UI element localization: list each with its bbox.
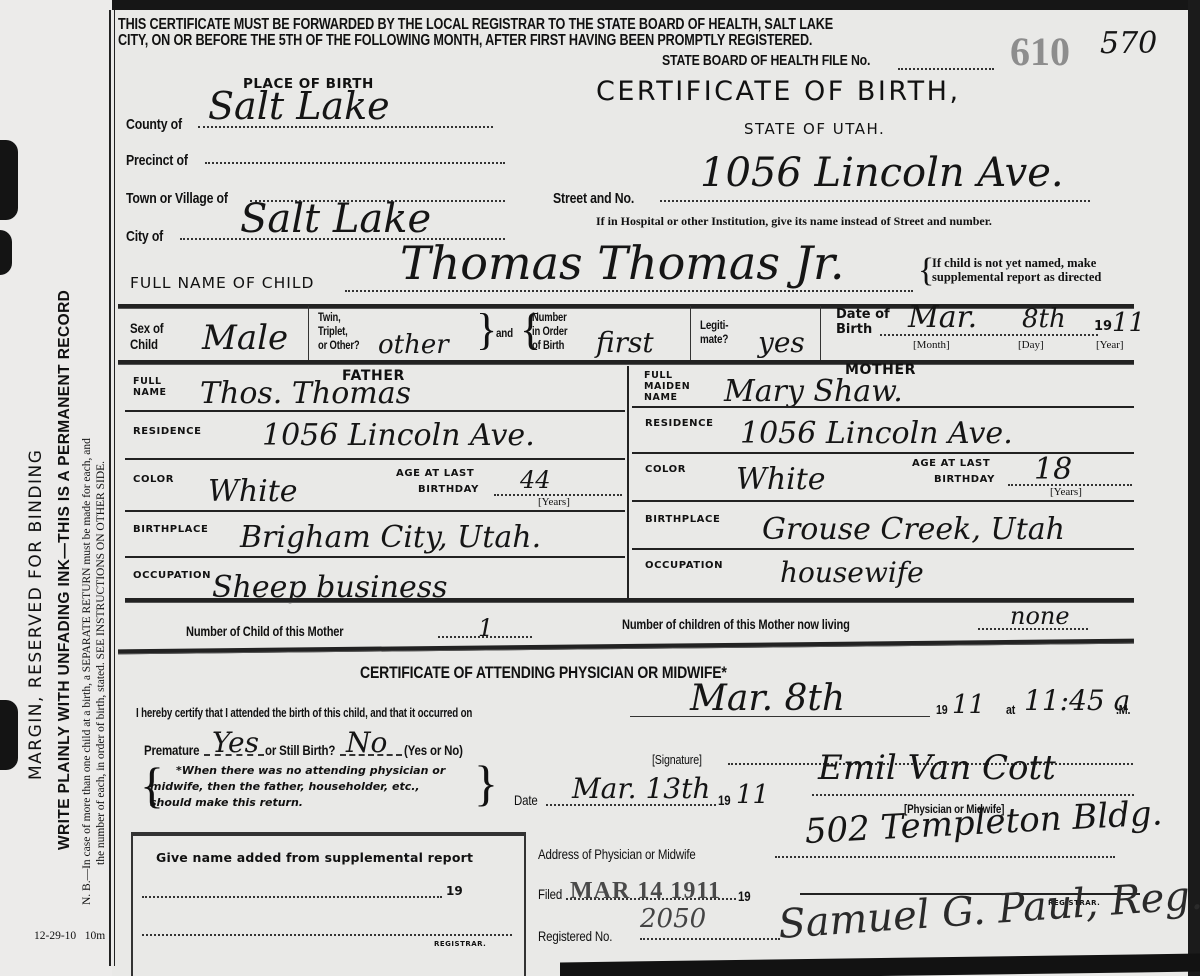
mother-occupation-label: OCCUPATION	[645, 560, 723, 571]
torn-edge	[0, 140, 18, 220]
mother-birthplace-line	[632, 548, 1134, 550]
dob-month-value: Mar.	[908, 300, 977, 335]
city-label: City of	[126, 228, 163, 245]
premature-label: Premature	[144, 742, 199, 758]
father-name-label-line2: NAME	[133, 387, 167, 398]
father-color-value: White	[208, 474, 298, 509]
scan-edge-bottom	[560, 954, 1200, 976]
mother-age-label-line1: AGE AT LAST	[912, 458, 990, 469]
precinct-field-line[interactable]	[205, 162, 505, 164]
date-of-birth-label-line1: Date of	[836, 307, 890, 322]
filed-date-stamp: MAR 14 1911	[570, 878, 721, 905]
file-number-handwritten: 570	[1100, 26, 1157, 61]
binding-margin-label: MARGIN, RESERVED FOR BINDING	[26, 449, 46, 780]
stillbirth-value: No	[346, 726, 387, 759]
filed-year-prefix: 19	[738, 888, 750, 904]
physician-signature: Emil Van Cott	[818, 748, 1056, 788]
registered-number-field-line[interactable]	[640, 938, 780, 940]
precinct-label: Precinct of	[126, 152, 188, 169]
file-number-line	[898, 68, 994, 70]
father-name-value: Thos. Thomas	[200, 376, 411, 411]
sex-label: Sex ofChild	[130, 320, 163, 352]
mother-name-label-line3: NAME	[644, 392, 678, 403]
divider-child-info-top	[118, 304, 1134, 309]
sex-label-line2: Child	[130, 336, 158, 352]
month-caption: [Month]	[913, 339, 950, 351]
time-at-label: at	[1006, 702, 1015, 717]
supplemental-registrar-field-line[interactable]	[142, 934, 512, 936]
child-name-field-line[interactable]	[345, 290, 913, 292]
state-subtitle: STATE OF UTAH.	[744, 120, 885, 138]
occurred-year-prefix: 19	[936, 702, 948, 717]
child-name-note-line2: supplemental report as directed	[932, 270, 1101, 285]
father-birthplace-value: Brigham City, Utah.	[240, 520, 541, 555]
note-brace-right: }	[474, 758, 498, 808]
dob-day-value: 8th	[1022, 304, 1066, 334]
divider-order-legit	[690, 306, 691, 360]
sex-label-line1: Sex of	[130, 320, 163, 336]
town-label: Town or Village of	[126, 190, 228, 207]
birth-order-label-line2: in Order	[532, 326, 567, 338]
legitimate-label-line2: mate?	[700, 332, 728, 346]
mother-occupation-value: housewife	[780, 556, 924, 589]
child-number-label: Number of Child of this Mother	[186, 624, 343, 639]
hospital-note: If in Hospital or other Institution, giv…	[596, 214, 992, 229]
legitimate-label-line1: Legiti-	[700, 318, 728, 332]
child-name-label: FULL NAME OF CHILD	[130, 274, 314, 292]
divider-physician-top	[118, 639, 1134, 655]
father-age-label-line1: AGE AT LAST	[396, 468, 474, 479]
signature-label: [Signature]	[652, 752, 702, 767]
date-of-birth-label: Date ofBirth	[836, 307, 890, 337]
divider-sex-twin	[308, 306, 309, 360]
mother-age-value: 18	[1034, 452, 1072, 487]
twin-label-line1: Twin,	[318, 312, 341, 324]
child-name-note-line1: If child is not yet named, make	[932, 256, 1096, 271]
legitimate-value: yes	[758, 326, 805, 359]
mother-name-label: FULLMAIDENNAME	[644, 370, 690, 403]
attending-note-line3: should make this return.	[150, 796, 303, 809]
mother-color-value: White	[736, 462, 826, 497]
mother-years-caption: [Years]	[1050, 486, 1082, 498]
physician-address-field-line[interactable]	[775, 856, 1115, 858]
birth-order-label-line1: Number	[532, 312, 567, 324]
mother-age-label-line2: BIRTHDAY	[934, 474, 995, 485]
birth-order-label: Numberin Orderof Birth	[532, 311, 567, 353]
mother-color-line	[632, 500, 1134, 502]
certify-statement: I hereby certify that I attended the bir…	[136, 706, 472, 720]
father-years-caption: [Years]	[538, 496, 570, 508]
divider-legit-dob	[820, 306, 821, 360]
physician-name-line	[812, 794, 1134, 796]
street-value: 1056 Lincoln Ave.	[700, 150, 1064, 196]
children-living-label: Number of children of this Mother now li…	[622, 617, 850, 632]
frame-left-line-inner	[114, 10, 115, 966]
dob-year-prefix: 19	[1094, 319, 1112, 334]
father-residence-label: RESIDENCE	[133, 426, 202, 437]
nb-note-line1: N. B.—In case of more than one child at …	[81, 438, 93, 905]
physician-section-heading: CERTIFICATE OF ATTENDING PHYSICIAN OR MI…	[360, 664, 727, 683]
scan-edge-right	[1188, 0, 1200, 976]
supplemental-heading: Give name added from supplemental report	[156, 850, 473, 865]
frame-left-line	[109, 10, 111, 966]
form-code: 12-29-10 10m	[34, 930, 105, 942]
stillbirth-label: or Still Birth?	[265, 742, 335, 758]
child-name-value: Thomas Thomas Jr.	[400, 236, 845, 290]
legitimate-label: Legiti-mate?	[700, 318, 728, 346]
street-field-line[interactable]	[660, 200, 1090, 202]
permanent-ink-notice: WRITE PLAINLY WITH UNFADING INK—THIS IS …	[56, 290, 74, 850]
birth-order-label-line3: of Birth	[532, 340, 564, 352]
father-name-label-line1: FULL	[133, 376, 162, 387]
county-label: County of	[126, 116, 182, 133]
twin-label: Twin,Triplet,or Other?	[318, 311, 359, 353]
father-color-line	[125, 510, 625, 512]
mother-birthplace-label: BIRTHPLACE	[645, 514, 720, 525]
father-age-value: 44	[520, 466, 551, 494]
occurred-year-value: 11	[952, 690, 985, 720]
parents-column-divider	[627, 366, 629, 602]
father-color-label: COLOR	[133, 474, 174, 485]
supplemental-name-field-line[interactable]	[142, 896, 442, 898]
year-caption: [Year]	[1096, 339, 1124, 351]
birth-time-value: 11:45 a	[1024, 684, 1130, 717]
dob-year-value: 11	[1112, 308, 1145, 338]
father-residence-value: 1056 Lincoln Ave.	[262, 418, 535, 453]
attending-note-line1: *When there was no attending physician o…	[176, 764, 445, 777]
mother-residence-label: RESIDENCE	[645, 418, 714, 429]
father-residence-line	[125, 458, 625, 460]
twin-label-line2: Triplet,	[318, 326, 348, 338]
certificate-year-value: 11	[736, 780, 769, 810]
divider-child-info-bottom	[118, 360, 1134, 365]
nb-note-line2: the number of each, in order of birth, s…	[95, 461, 107, 865]
registrar-signature: Samuel G. Paul, Reg.	[777, 872, 1200, 948]
certificate-year-prefix: 19	[718, 792, 730, 808]
binding-margin: MARGIN, RESERVED FOR BINDING WRITE PLAIN…	[0, 0, 112, 976]
scan-edge-top	[0, 0, 1200, 10]
registered-number-label: Registered No.	[538, 928, 612, 944]
attending-note-line2: midwife, then the father, householder, e…	[150, 780, 420, 793]
mother-color-label: COLOR	[645, 464, 686, 475]
mother-name-label-line2: MAIDEN	[644, 381, 690, 392]
supplemental-registrar-caption: REGISTRAR.	[434, 940, 486, 948]
sex-value: Male	[202, 318, 288, 358]
file-number-label: STATE BOARD OF HEALTH FILE No.	[662, 52, 870, 69]
date-of-birth-label-line2: Birth	[836, 322, 872, 337]
county-value: Salt Lake	[208, 84, 390, 128]
filed-label: Filed	[538, 886, 562, 902]
certificate-date-label: Date	[514, 792, 538, 808]
torn-edge	[0, 700, 18, 770]
father-birthplace-line	[125, 556, 625, 558]
occurred-date-value: Mar. 8th	[690, 678, 845, 719]
physician-address-label: Address of Physician or Midwife	[538, 846, 696, 862]
physician-address-value: 502 Templeton Bldg.	[804, 793, 1164, 852]
and-label: and	[496, 326, 513, 340]
twin-brace: }	[476, 308, 497, 352]
time-meridiem: .M.	[1116, 702, 1130, 717]
certificate-date-value: Mar. 13th	[572, 772, 710, 805]
mother-birthplace-value: Grouse Creek, Utah	[762, 512, 1065, 547]
supplemental-year-prefix: 19	[446, 884, 463, 898]
father-name-label: FULLNAME	[133, 376, 167, 398]
mother-name-label-line1: FULL	[644, 370, 673, 381]
father-name-line	[125, 410, 625, 412]
street-label: Street and No.	[553, 190, 634, 207]
father-birthplace-label: BIRTHPLACE	[133, 524, 208, 535]
divider-parents-bottom	[125, 598, 1134, 603]
forwarding-notice-line2: CITY, ON OR BEFORE THE 5TH OF THE FOLLOW…	[118, 32, 812, 50]
day-caption: [Day]	[1018, 339, 1044, 351]
registered-number-value: 2050	[640, 904, 706, 934]
children-living-value: none	[1010, 602, 1070, 630]
premature-value: Yes	[212, 726, 259, 759]
twin-value: other	[378, 330, 449, 360]
certificate-title: CERTIFICATE OF BIRTH,	[596, 76, 961, 107]
yes-no-hint: (Yes or No)	[404, 742, 463, 758]
file-number-stamp: 610	[1010, 28, 1070, 75]
twin-label-line3: or Other?	[318, 340, 359, 352]
mother-name-value: Mary Shaw.	[724, 374, 903, 409]
father-occupation-label: OCCUPATION	[133, 570, 211, 581]
birth-order-value: first	[596, 326, 654, 359]
mother-name-line	[632, 406, 1134, 408]
child-number-value: 1	[478, 614, 493, 642]
father-age-label-line2: BIRTHDAY	[418, 484, 479, 495]
torn-edge	[0, 230, 12, 275]
mother-residence-value: 1056 Lincoln Ave.	[740, 416, 1013, 451]
